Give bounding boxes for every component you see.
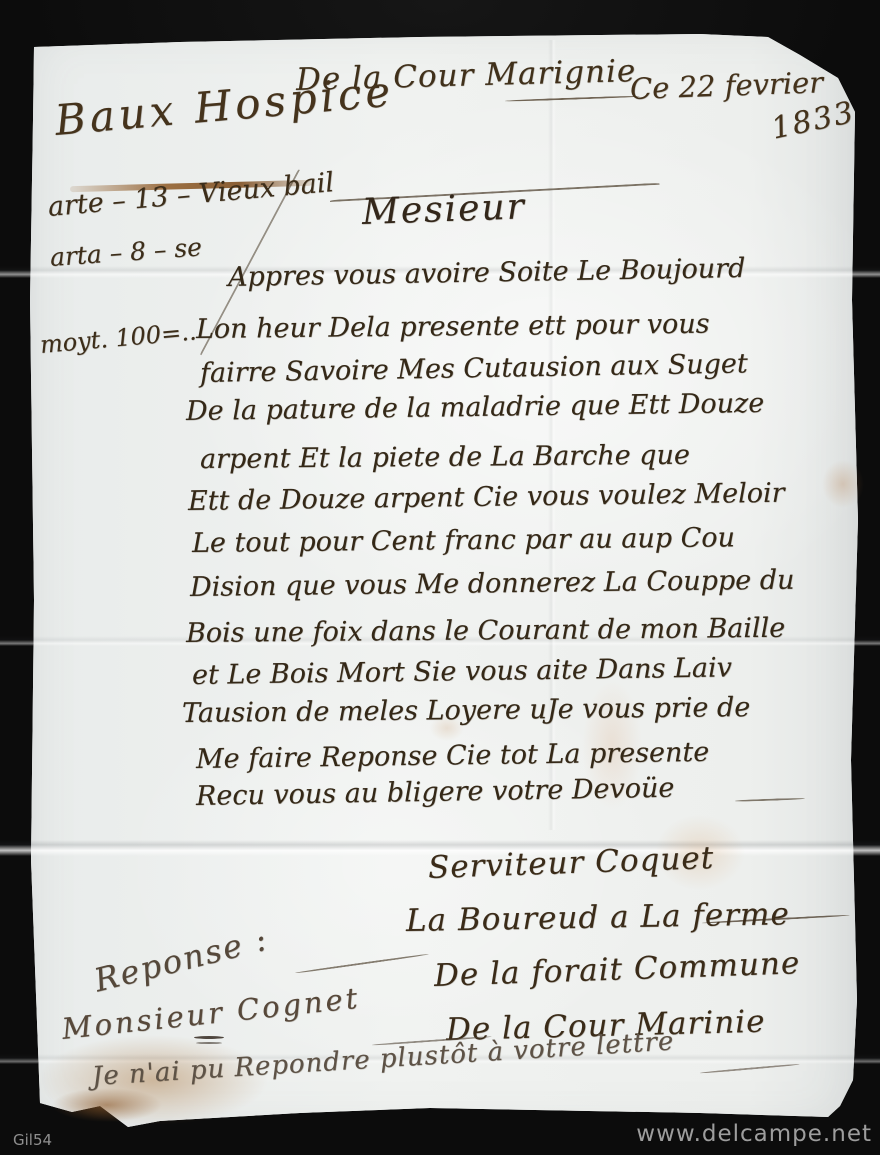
reply-underline [194, 1036, 224, 1039]
body-line: arpent Et la piete de La Barche que [200, 440, 690, 475]
scanned-letter-photo: De la Cour Marignie Ce 22 fevrier 1833 B… [0, 0, 880, 1155]
signature-line: La Boureud a La ferme [406, 896, 790, 939]
seller-watermark: Gil54 [13, 1131, 52, 1149]
body-line: Bois une foix dans le Courant de mon Bai… [186, 613, 785, 649]
salutation: Mesieur [361, 186, 526, 233]
body-line: Tausion de meles Loyere uJe vous prie de [182, 692, 751, 729]
body-line: Lon heur Dela presente ett pour vous [196, 309, 710, 345]
reply-underline [196, 1042, 222, 1044]
site-watermark: www.delcampe.net [636, 1121, 872, 1147]
body-line: Le tout pour Cent franc par au aup Cou [192, 522, 735, 559]
dateline-date: Ce 22 fevrier [629, 65, 823, 106]
